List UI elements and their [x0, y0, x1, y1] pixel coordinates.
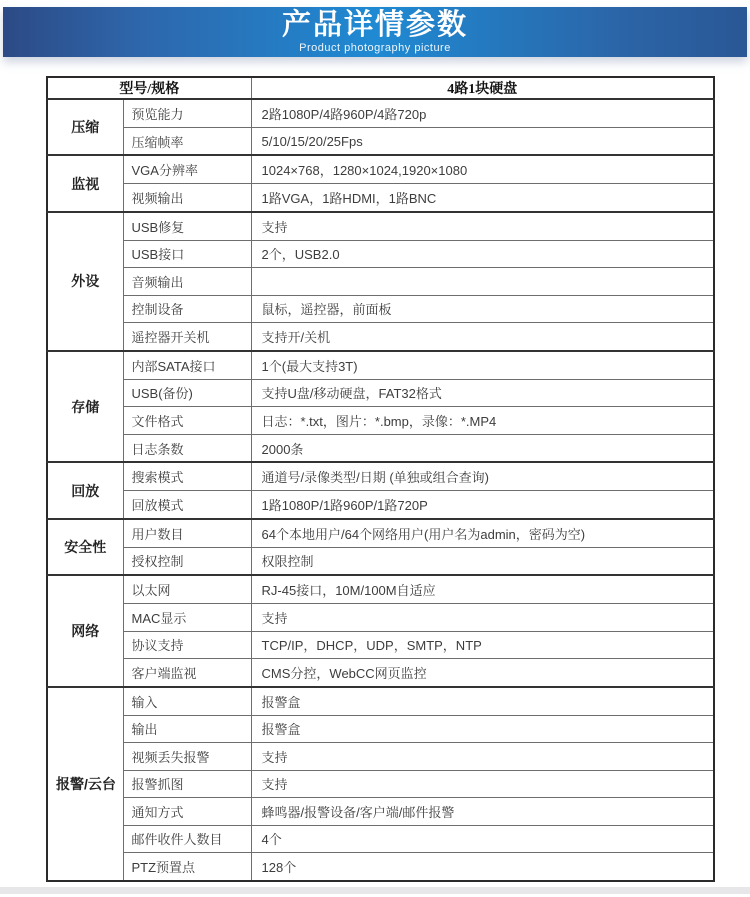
table-row: 网络以太网RJ-45接口，10M/100M自适应 [47, 575, 714, 603]
spec-label: 压缩帧率 [123, 127, 251, 155]
table-row: 压缩帧率5/10/15/20/25Fps [47, 127, 714, 155]
spec-label: USB接口 [123, 240, 251, 268]
table-row: 文件格式日志：*.txt，图片：*.bmp，录像：*.MP4 [47, 407, 714, 435]
spec-value: 支持 [251, 770, 714, 798]
row-group-label: 网络 [47, 575, 123, 687]
spec-value: 1路1080P/1路960P/1路720P [251, 491, 714, 519]
table-row: 安全性用户数目64个本地用户/64个网络用户(用户名为admin，密码为空) [47, 519, 714, 547]
spec-value: 报警盒 [251, 715, 714, 743]
spec-label: 通知方式 [123, 798, 251, 826]
spec-label: 视频丢失报警 [123, 743, 251, 771]
spec-value: 1个(最大支持3T) [251, 351, 714, 379]
spec-value: 权限控制 [251, 547, 714, 575]
spec-label: MAC显示 [123, 604, 251, 632]
table-row: 音频输出 [47, 268, 714, 296]
table-row: USB接口2个，USB2.0 [47, 240, 714, 268]
spec-label: USB修复 [123, 212, 251, 240]
table-row: 视频丢失报警支持 [47, 743, 714, 771]
table-row: 视频输出1路VGA，1路HDMI，1路BNC [47, 184, 714, 212]
spec-value: 64个本地用户/64个网络用户(用户名为admin，密码为空) [251, 519, 714, 547]
banner: 产品详情参数 Product photography picture [3, 7, 747, 57]
spec-label: 内部SATA接口 [123, 351, 251, 379]
spec-value: 日志：*.txt，图片：*.bmp，录像：*.MP4 [251, 407, 714, 435]
spec-value [251, 268, 714, 296]
spec-value: 2路1080P/4路960P/4路720p [251, 99, 714, 127]
table-row: PTZ预置点128个 [47, 853, 714, 881]
table-row: 回放模式1路1080P/1路960P/1路720P [47, 491, 714, 519]
spec-value: CMS分控，WebCC网页监控 [251, 659, 714, 687]
spec-label: 日志条数 [123, 434, 251, 462]
header-product-variant: 4路1块硬盘 [251, 77, 714, 99]
table-row: 通知方式蜂鸣器/报警设备/客户端/邮件报警 [47, 798, 714, 826]
spec-label: 协议支持 [123, 631, 251, 659]
spec-label: USB(备份) [123, 379, 251, 407]
spec-label: VGA分辨率 [123, 155, 251, 183]
table-row: 外设USB修复支持 [47, 212, 714, 240]
row-group-label: 压缩 [47, 99, 123, 155]
table-row: 报警/云台输入报警盒 [47, 687, 714, 715]
spec-label: PTZ预置点 [123, 853, 251, 881]
spec-label: 授权控制 [123, 547, 251, 575]
spec-value: 5/10/15/20/25Fps [251, 127, 714, 155]
spec-label: 以太网 [123, 575, 251, 603]
table-row: 日志条数2000条 [47, 434, 714, 462]
spec-value: 鼠标，遥控器，前面板 [251, 295, 714, 323]
spec-label: 文件格式 [123, 407, 251, 435]
spec-label: 输入 [123, 687, 251, 715]
spec-label: 邮件收件人数目 [123, 825, 251, 853]
row-group-label: 存储 [47, 351, 123, 463]
spec-label: 预览能力 [123, 99, 251, 127]
table-row: 授权控制权限控制 [47, 547, 714, 575]
table-header-row: 型号/规格 4路1块硬盘 [47, 77, 714, 99]
table-row: MAC显示支持 [47, 604, 714, 632]
table-row: 协议支持TCP/IP，DHCP，UDP，SMTP，NTP [47, 631, 714, 659]
spec-value: TCP/IP，DHCP，UDP，SMTP，NTP [251, 631, 714, 659]
spec-value: 支持U盘/移动硬盘，FAT32格式 [251, 379, 714, 407]
table-row: 客户端监视CMS分控，WebCC网页监控 [47, 659, 714, 687]
spec-value: 报警盒 [251, 687, 714, 715]
spec-value: 支持 [251, 212, 714, 240]
row-group-label: 监视 [47, 155, 123, 211]
row-group-label: 外设 [47, 212, 123, 351]
table-row: 回放搜索模式通道号/录像类型/日期 (单独或组合查询) [47, 462, 714, 490]
bottom-strip [0, 887, 750, 894]
spec-value: 蜂鸣器/报警设备/客户端/邮件报警 [251, 798, 714, 826]
table-row: 遥控器开关机支持开/关机 [47, 323, 714, 351]
table-row: 输出报警盒 [47, 715, 714, 743]
spec-value: 1024×768，1280×1024,1920×1080 [251, 155, 714, 183]
table-row: 压缩预览能力2路1080P/4路960P/4路720p [47, 99, 714, 127]
spec-table: 型号/规格 4路1块硬盘 压缩预览能力2路1080P/4路960P/4路720p… [46, 76, 715, 882]
spec-label: 输出 [123, 715, 251, 743]
spec-value: 支持 [251, 743, 714, 771]
table-row: 报警抓图支持 [47, 770, 714, 798]
table-row: 监视VGA分辨率1024×768，1280×1024,1920×1080 [47, 155, 714, 183]
header-model-spec: 型号/规格 [47, 77, 251, 99]
spec-label: 音频输出 [123, 268, 251, 296]
spec-value: 1路VGA，1路HDMI，1路BNC [251, 184, 714, 212]
spec-value: 支持 [251, 604, 714, 632]
spec-label: 报警抓图 [123, 770, 251, 798]
spec-label: 搜索模式 [123, 462, 251, 490]
table-row: USB(备份)支持U盘/移动硬盘，FAT32格式 [47, 379, 714, 407]
table-row: 控制设备鼠标，遥控器，前面板 [47, 295, 714, 323]
spec-label: 回放模式 [123, 491, 251, 519]
row-group-label: 报警/云台 [47, 687, 123, 881]
spec-label: 视频输出 [123, 184, 251, 212]
spec-value: 128个 [251, 853, 714, 881]
row-group-label: 安全性 [47, 519, 123, 575]
table-row: 邮件收件人数目4个 [47, 825, 714, 853]
spec-value: 支持开/关机 [251, 323, 714, 351]
spec-label: 用户数目 [123, 519, 251, 547]
table-row: 存储内部SATA接口1个(最大支持3T) [47, 351, 714, 379]
spec-label: 遥控器开关机 [123, 323, 251, 351]
spec-value: 4个 [251, 825, 714, 853]
spec-label: 客户端监视 [123, 659, 251, 687]
spec-value: 通道号/录像类型/日期 (单独或组合查询) [251, 462, 714, 490]
spec-value: RJ-45接口，10M/100M自适应 [251, 575, 714, 603]
spec-value: 2个，USB2.0 [251, 240, 714, 268]
page-subtitle: Product photography picture [3, 42, 747, 54]
spec-label: 控制设备 [123, 295, 251, 323]
page-title: 产品详情参数 [3, 8, 747, 42]
row-group-label: 回放 [47, 462, 123, 518]
spec-value: 2000条 [251, 434, 714, 462]
